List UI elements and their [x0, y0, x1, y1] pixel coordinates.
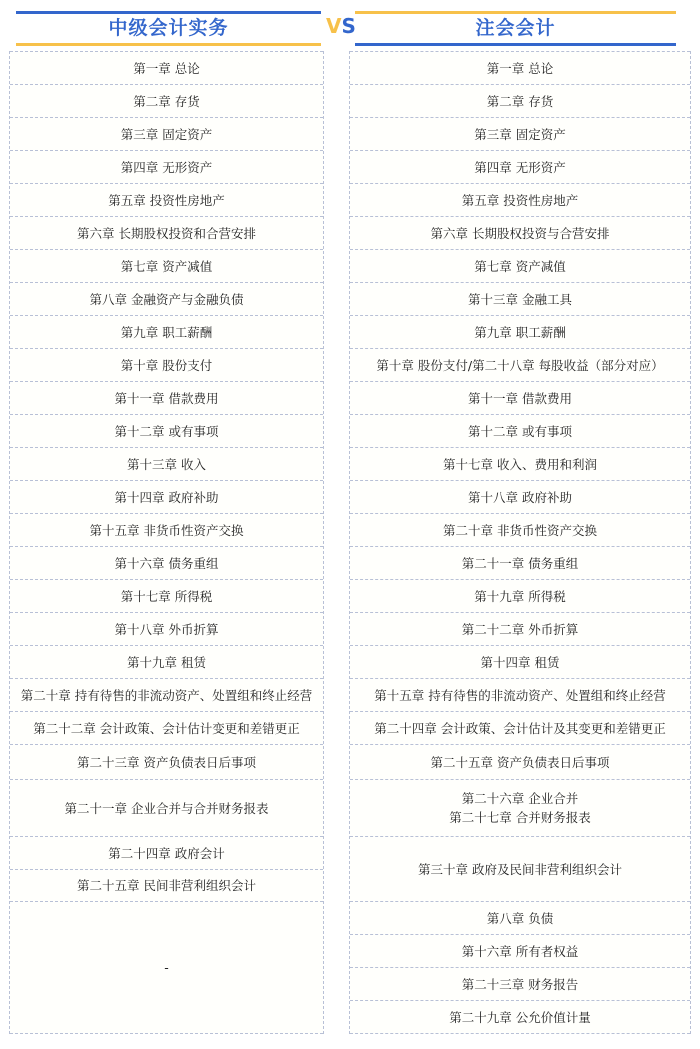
chapter-label: 第二十二章 外币折算 [462, 620, 578, 639]
chapter-row: 第十四章 政府补助 [10, 480, 323, 513]
chapter-label: 第十八章 外币折算 [115, 620, 219, 639]
chapter-row: 第十六章 债务重组 [10, 546, 323, 579]
chapter-row: 第七章 资产减值 [350, 249, 690, 282]
chapter-row: 第二十九章 公允价值计量 [350, 1000, 690, 1034]
chapter-row: 第十七章 所得税 [10, 579, 323, 612]
chapter-label: 第七章 资产减值 [121, 257, 212, 276]
chapter-row: 第二十二章 会计政策、会计估计变更和差错更正 [10, 711, 323, 744]
chapter-label: 第七章 资产减值 [474, 257, 565, 276]
chapter-label: 第二章 存货 [487, 92, 553, 111]
chapter-label: 第二十四章 会计政策、会计估计及其变更和差错更正 [374, 719, 665, 738]
chapter-row: 第六章 长期股权投资和合营安排 [10, 216, 323, 249]
chapter-label: 第二十五章 资产负债表日后事项 [431, 753, 610, 772]
chapter-label: 第十七章 收入、费用和利润 [443, 455, 597, 474]
chapter-label: 第五章 投资性房地产 [108, 191, 224, 210]
chapter-label: 第二十四章 政府会计 [108, 844, 224, 863]
chapter-label: 第八章 金融资产与金融负债 [90, 290, 244, 309]
right-chapter-list: 第一章 总论第二章 存货第三章 固定资产第四章 无形资产第五章 投资性房地产第六… [349, 51, 691, 1034]
chapter-label: 第六章 长期股权投资和合营安排 [77, 224, 256, 243]
chapter-label: 第十一章 借款费用 [115, 389, 219, 408]
chapter-row: 第二十五章 资产负债表日后事项 [350, 744, 690, 779]
chapter-row: 第二十一章 债务重组 [350, 546, 690, 579]
chapter-label: 第八章 负债 [487, 909, 553, 928]
chapter-label: 第十一章 借款费用 [468, 389, 572, 408]
chapter-row: 第二章 存货 [350, 84, 690, 117]
chapter-label: 第十七章 所得税 [121, 587, 212, 606]
chapter-row: 第十二章 或有事项 [350, 414, 690, 447]
chapter-row: 第二十章 非货币性资产交换 [350, 513, 690, 546]
chapter-label: 第二十章 非货币性资产交换 [443, 521, 597, 540]
chapter-row: 第十九章 租赁 [10, 645, 323, 678]
chapter-label: 第六章 长期股权投资与合营安排 [431, 224, 610, 243]
chapter-row: 第四章 无形资产 [10, 150, 323, 183]
chapter-label: 第十章 股份支付 [121, 356, 212, 375]
chapter-row: 第二十六章 企业合并 第二十七章 合并财务报表 [350, 779, 690, 836]
chapter-row: 第十章 股份支付/第二十八章 每股收益（部分对应） [350, 348, 690, 381]
chapter-label: 第十九章 租赁 [127, 653, 206, 672]
right-column-title: 注会会计 [355, 14, 676, 42]
chapter-row: 第二章 存货 [10, 84, 323, 117]
chapter-row: 第九章 职工薪酬 [10, 315, 323, 348]
chapter-label: 第三章 固定资产 [474, 125, 565, 144]
chapter-row: 第二十三章 资产负债表日后事项 [10, 744, 323, 779]
chapter-row: 第一章 总论 [10, 51, 323, 84]
chapter-row: 第十四章 租赁 [350, 645, 690, 678]
chapter-row: 第三章 固定资产 [350, 117, 690, 150]
chapter-label: 第二十章 持有待售的非流动资产、处置组和终止经营 [21, 686, 312, 705]
chapter-label: 第十五章 非货币性资产交换 [90, 521, 244, 540]
chapter-row: 第三章 固定资产 [10, 117, 323, 150]
chapter-row: 第二十五章 民间非营利组织会计 [10, 869, 323, 901]
chapter-label: 第二十五章 民间非营利组织会计 [77, 876, 256, 895]
chapter-label: 第十六章 债务重组 [115, 554, 219, 573]
chapter-row: 第六章 长期股权投资与合营安排 [350, 216, 690, 249]
chapter-row: 第一章 总论 [350, 51, 690, 84]
chapter-label: 第十二章 或有事项 [468, 422, 572, 441]
chapter-label: 第二十一章 债务重组 [462, 554, 578, 573]
chapter-row: 第十一章 借款费用 [350, 381, 690, 414]
left-chapter-list: 第一章 总论第二章 存货第三章 固定资产第四章 无形资产第五章 投资性房地产第六… [9, 51, 324, 1034]
chapter-row: - [10, 901, 323, 1034]
chapter-row: 第二十二章 外币折算 [350, 612, 690, 645]
chapter-row: 第四章 无形资产 [350, 150, 690, 183]
chapter-label: 第四章 无形资产 [121, 158, 212, 177]
left-header-bottom-line [16, 43, 321, 46]
vs-s-letter: S [342, 14, 356, 38]
right-header-bottom-line [355, 43, 676, 46]
chapter-label: 第二十六章 企业合并 第二十七章 合并财务报表 [449, 789, 590, 827]
chapter-label: 第九章 职工薪酬 [474, 323, 565, 342]
vs-v-letter: V [326, 14, 341, 38]
chapter-label: 第十八章 政府补助 [468, 488, 572, 507]
chapter-row: 第十二章 或有事项 [10, 414, 323, 447]
chapter-row: 第八章 负债 [350, 901, 690, 934]
chapter-row: 第十三章 收入 [10, 447, 323, 480]
chapter-label: 第二十九章 公允价值计量 [449, 1008, 590, 1027]
chapter-label: 第十五章 持有待售的非流动资产、处置组和终止经营 [374, 686, 665, 705]
chapter-label: 第三章 固定资产 [121, 125, 212, 144]
chapter-label: 第二十三章 资产负债表日后事项 [77, 753, 256, 772]
chapter-row: 第三十章 政府及民间非营利组织会计 [350, 836, 690, 901]
chapter-label: 第十章 股份支付/第二十八章 每股收益（部分对应） [376, 356, 663, 375]
chapter-label: 第十三章 金融工具 [468, 290, 572, 309]
chapter-label: - [164, 958, 169, 977]
chapter-label: 第四章 无形资产 [474, 158, 565, 177]
chapter-row: 第十八章 政府补助 [350, 480, 690, 513]
chapter-label: 第十九章 所得税 [474, 587, 565, 606]
chapter-row: 第五章 投资性房地产 [350, 183, 690, 216]
chapter-row: 第十五章 持有待售的非流动资产、处置组和终止经营 [350, 678, 690, 711]
chapter-label: 第十四章 租赁 [481, 653, 560, 672]
chapter-row: 第十六章 所有者权益 [350, 934, 690, 967]
left-column-title: 中级会计实务 [16, 14, 321, 42]
chapter-row: 第十章 股份支付 [10, 348, 323, 381]
chapter-label: 第二十一章 企业合并与合并财务报表 [65, 799, 269, 818]
chapter-row: 第二十章 持有待售的非流动资产、处置组和终止经营 [10, 678, 323, 711]
chapter-row: 第八章 金融资产与金融负债 [10, 282, 323, 315]
chapter-label: 第十二章 或有事项 [115, 422, 219, 441]
chapter-row: 第十五章 非货币性资产交换 [10, 513, 323, 546]
chapter-label: 第十四章 政府补助 [115, 488, 219, 507]
chapter-row: 第十七章 收入、费用和利润 [350, 447, 690, 480]
chapter-label: 第五章 投资性房地产 [462, 191, 578, 210]
vs-label: VS [326, 12, 356, 40]
chapter-row: 第二十四章 会计政策、会计估计及其变更和差错更正 [350, 711, 690, 744]
chapter-row: 第二十一章 企业合并与合并财务报表 [10, 779, 323, 836]
chapter-label: 第十三章 收入 [127, 455, 206, 474]
chapter-row: 第七章 资产减值 [10, 249, 323, 282]
chapter-label: 第一章 总论 [487, 59, 553, 78]
chapter-label: 第三十章 政府及民间非营利组织会计 [418, 860, 622, 879]
chapter-label: 第一章 总论 [133, 59, 199, 78]
chapter-row: 第五章 投资性房地产 [10, 183, 323, 216]
chapter-row: 第十九章 所得税 [350, 579, 690, 612]
chapter-label: 第二十二章 会计政策、会计估计变更和差错更正 [33, 719, 299, 738]
chapter-row: 第二十四章 政府会计 [10, 836, 323, 869]
chapter-label: 第十六章 所有者权益 [462, 942, 578, 961]
chapter-row: 第十一章 借款费用 [10, 381, 323, 414]
chapter-row: 第十八章 外币折算 [10, 612, 323, 645]
chapter-label: 第二章 存货 [133, 92, 199, 111]
chapter-row: 第二十三章 财务报告 [350, 967, 690, 1000]
chapter-row: 第九章 职工薪酬 [350, 315, 690, 348]
chapter-label: 第九章 职工薪酬 [121, 323, 212, 342]
chapter-row: 第十三章 金融工具 [350, 282, 690, 315]
chapter-label: 第二十三章 财务报告 [462, 975, 578, 994]
